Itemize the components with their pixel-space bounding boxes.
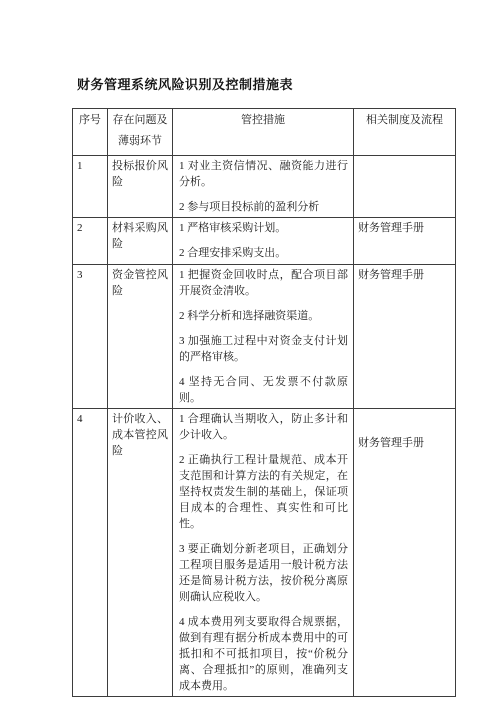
document-title: 财务管理系统风险识别及控制措施表: [77, 74, 293, 93]
row-measures: 1 对业主资信情况、融资能力进行分析。 2 参与项目投标前的盈利分析: [173, 156, 354, 218]
measure-item: 2 正确执行工程计量规范、成本开支范围和计算方法的有关规定，在坚持权责发生制的基…: [179, 452, 348, 532]
row-problem: 资金管控风险: [108, 265, 173, 409]
measure-item: 1 严格审核采购计划。: [179, 220, 348, 236]
row-related: 财务管理手册: [354, 409, 456, 697]
col-header-related: 相关制度及流程: [354, 109, 456, 156]
measure-item: 2 合理安排采购支出。: [179, 245, 348, 261]
measure-item: 3 要正确划分新老项目，正确划分工程项目服务是适用一般计税方法还是简易计税方法，…: [179, 541, 348, 605]
row-problem: 投标报价风险: [108, 156, 173, 218]
row-measures: 1 严格审核采购计划。 2 合理安排采购支出。: [173, 218, 354, 265]
table-row: 3 资金管控风险 1 把握资金回收时点，配合项目部开展资金清收。 2 科学分析和…: [73, 265, 456, 409]
col-header-measures: 管控措施: [173, 109, 354, 156]
table-header-row: 序号 存在问题及薄弱环节 管控措施 相关制度及流程: [73, 109, 456, 156]
row-no: 3: [73, 265, 108, 409]
measure-item: 2 科学分析和选择融资渠道。: [179, 308, 348, 324]
table-row: 2 材料采购风险 1 严格审核采购计划。 2 合理安排采购支出。 财务管理手册: [73, 218, 456, 265]
col-header-no: 序号: [73, 109, 108, 156]
row-related: 财务管理手册: [354, 218, 456, 265]
row-measures: 1 把握资金回收时点，配合项目部开展资金清收。 2 科学分析和选择融资渠道。 3…: [173, 265, 354, 409]
measure-item: 4 坚持无合同、无发票不付款原则。: [179, 374, 348, 406]
row-no: 1: [73, 156, 108, 218]
table-row: 4 计价收入、成本管控风险 1 合理确认当期收入，防止多计和少计收入。 2 正确…: [73, 409, 456, 697]
measure-item: 3 加强施工过程中对资金支付计划的严格审核。: [179, 333, 348, 365]
document-page: 财务管理系统风险识别及控制措施表 序号 存在问题及薄弱环节 管控措施 相关制度及…: [0, 0, 500, 707]
table-row: 1 投标报价风险 1 对业主资信情况、融资能力进行分析。 2 参与项目投标前的盈…: [73, 156, 456, 218]
measure-item: 1 把握资金回收时点，配合项目部开展资金清收。: [179, 267, 348, 299]
measure-item: 2 参与项目投标前的盈利分析: [179, 199, 348, 215]
row-no: 2: [73, 218, 108, 265]
row-problem: 计价收入、成本管控风险: [108, 409, 173, 697]
col-header-problem: 存在问题及薄弱环节: [108, 109, 173, 156]
risk-control-table: 序号 存在问题及薄弱环节 管控措施 相关制度及流程 1 投标报价风险 1 对业主…: [72, 108, 456, 697]
measure-item: 1 对业主资信情况、融资能力进行分析。: [179, 158, 348, 190]
row-no: 4: [73, 409, 108, 697]
measure-item: 4 成本费用列支要取得合规票据，做到有理有据分析成本费用中的可抵扣和不可抵扣项目…: [179, 614, 348, 694]
row-problem: 材料采购风险: [108, 218, 173, 265]
row-measures: 1 合理确认当期收入，防止多计和少计收入。 2 正确执行工程计量规范、成本开支范…: [173, 409, 354, 697]
row-related: [354, 156, 456, 218]
measure-item: 1 合理确认当期收入，防止多计和少计收入。: [179, 411, 348, 443]
row-related: 财务管理手册: [354, 265, 456, 409]
